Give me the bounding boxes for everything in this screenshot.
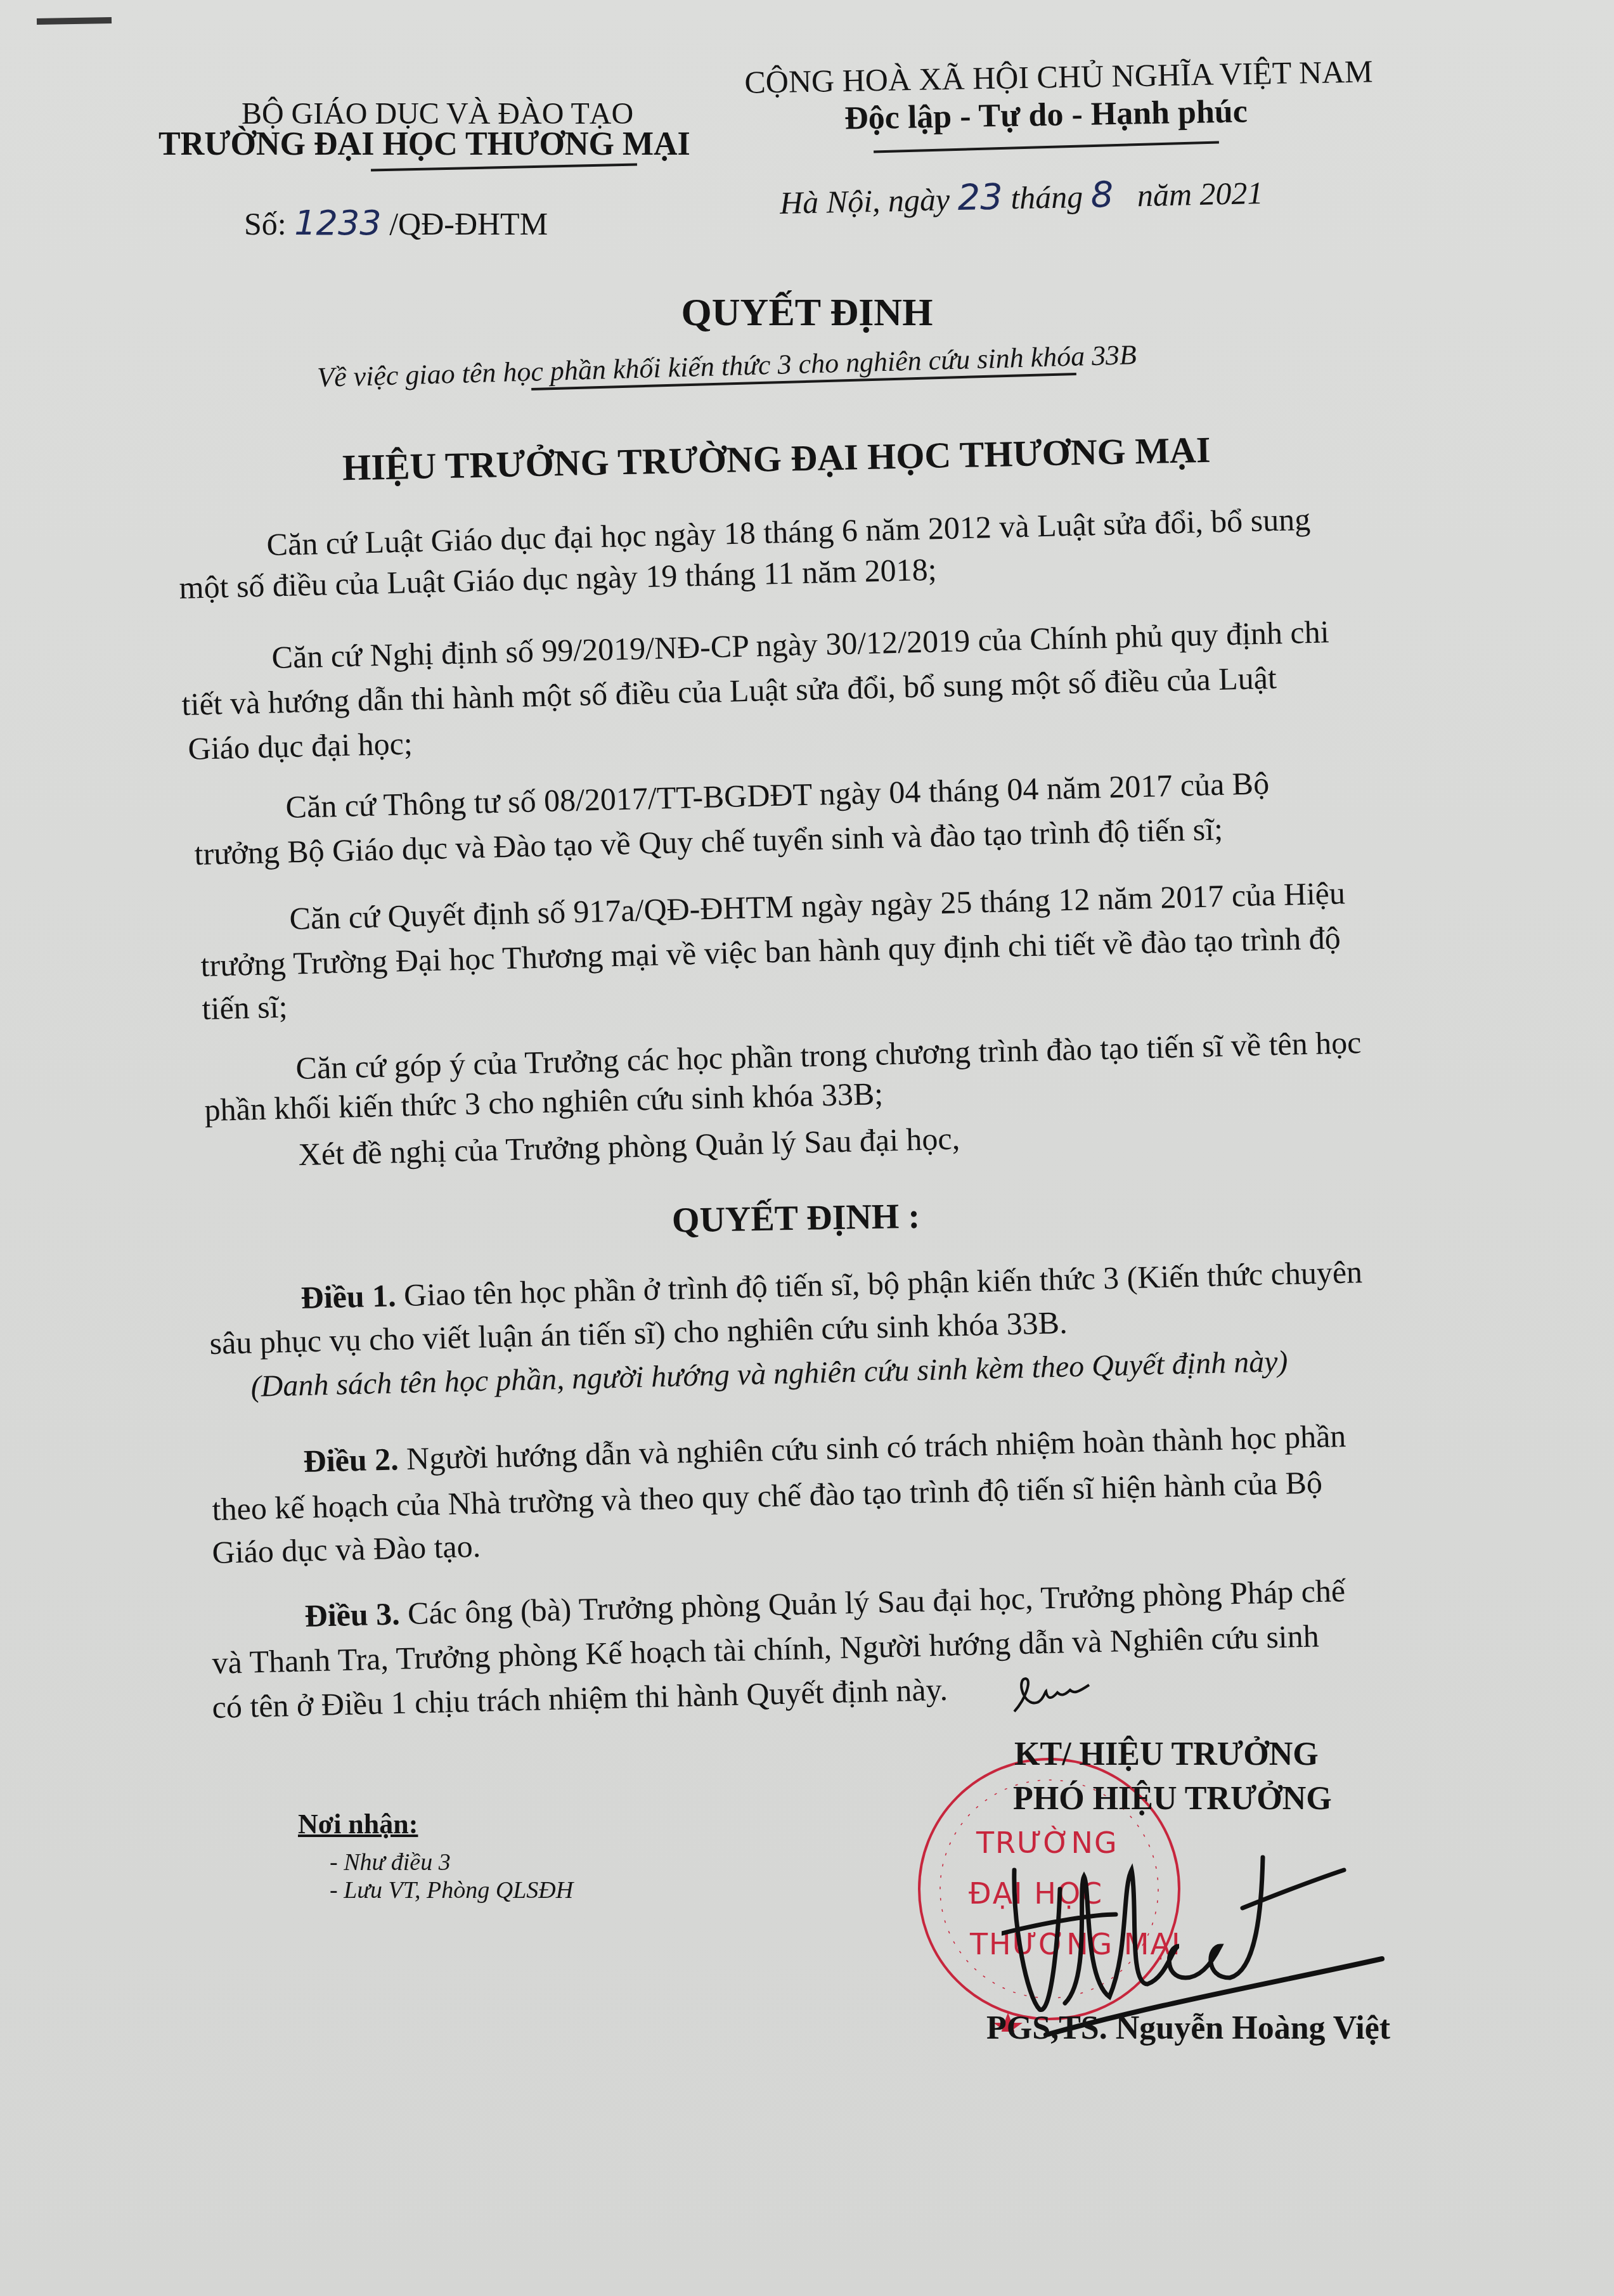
date-month-handwritten: 8 bbox=[1090, 174, 1114, 216]
document-number: Số: 1233 /QĐ-ĐHTM bbox=[244, 203, 548, 243]
document-page: BỘ GIÁO DỤC VÀ ĐÀO TẠO TRƯỜNG ĐẠI HỌC TH… bbox=[0, 0, 1614, 2296]
number-suffix: /QĐ-ĐHTM bbox=[389, 206, 548, 242]
document-title: QUYẾT ĐỊNH bbox=[0, 290, 1614, 335]
signer-name: PGS,TS. Nguyễn Hoàng Việt bbox=[986, 2009, 1390, 2047]
initials-signature bbox=[1007, 1674, 1114, 1718]
signatory-title-1: KT/ HIỆU TRƯỞNG bbox=[1014, 1736, 1319, 1773]
article-1-line-1: Điều 1. Giao tên học phần ở trình độ tiế… bbox=[300, 1253, 1363, 1316]
page-mark bbox=[37, 17, 112, 25]
header-rule-right bbox=[874, 141, 1219, 153]
article-3-label: Điều 3. bbox=[304, 1596, 400, 1634]
article-1-label: Điều 1. bbox=[300, 1277, 396, 1315]
ground-4-line-3: tiến sĩ; bbox=[202, 988, 288, 1027]
number-label: Số: bbox=[244, 206, 287, 242]
date-day-handwritten: 23 bbox=[957, 177, 1004, 219]
number-handwritten: 1233 bbox=[294, 203, 381, 243]
university-name: TRƯỜNG ĐẠI HỌC THƯƠNG MẠI bbox=[158, 126, 685, 163]
article-2-line-3: Giáo dục và Đào tạo. bbox=[212, 1528, 481, 1571]
article-2-label: Điều 2. bbox=[303, 1441, 399, 1479]
ground-1-line-1: Căn cứ Luật Giáo dục đại học ngày 18 thá… bbox=[266, 501, 1311, 563]
issuing-authority: HIỆU TRƯỞNG TRƯỜNG ĐẠI HỌC THƯƠNG MẠI bbox=[342, 429, 1211, 489]
issue-date: Hà Nội, ngày 23 tháng 8 năm 2021 bbox=[779, 171, 1263, 223]
decision-heading: QUYẾT ĐỊNH : bbox=[671, 1196, 920, 1241]
ground-2-line-3: Giáo dục đại học; bbox=[188, 725, 413, 767]
header-rule-left bbox=[371, 164, 637, 172]
signatory-title-2: PHÓ HIỆU TRƯỞNG bbox=[1013, 1780, 1332, 1817]
recipient-item: - Như điều 3 bbox=[330, 1848, 451, 1876]
ground-6-line-1: Xét đề nghị của Trưởng phòng Quản lý Sau… bbox=[298, 1120, 960, 1173]
recipient-item: - Lưu VT, Phòng QLSĐH bbox=[330, 1876, 573, 1904]
recipients-title: Nơi nhận: bbox=[298, 1808, 418, 1840]
document-subtitle: Về việc giao tên học phần khối kiến thức… bbox=[317, 339, 1137, 394]
article-3-line-3: có tên ở Điều 1 chịu trách nhiệm thi hàn… bbox=[212, 1671, 948, 1725]
